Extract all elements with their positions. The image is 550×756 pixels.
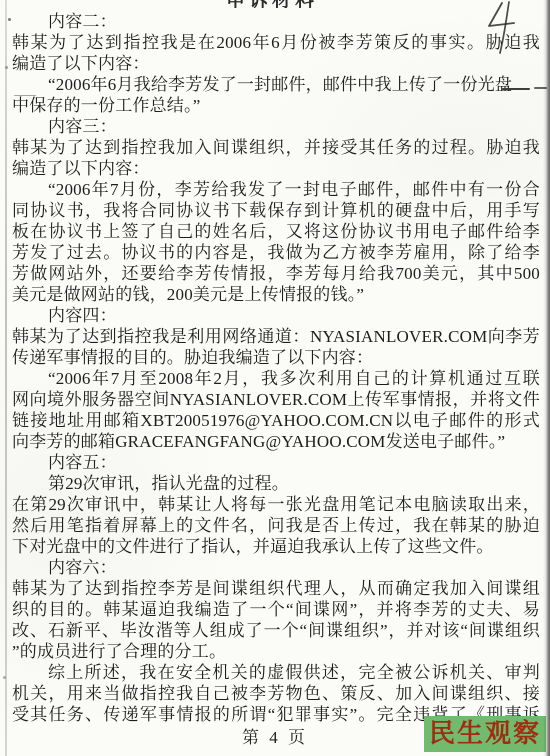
text-line: 改、石新平、毕汝湝等人组成了一个“间谍组织”，并对该“间谍组织	[12, 620, 540, 641]
text-line: “2006年7月至2008年2月，我多次利用自己的计算机通过互联	[12, 368, 540, 389]
document-text-body: 内容二：韩某为了达到指控我是在2006年6月份被李芳策反的事实。胁迫我编造了以下…	[12, 11, 540, 725]
text-line: 编造了以下内容：	[12, 53, 540, 74]
text-line: 第29次审讯，指认光盘的过程。	[12, 473, 540, 494]
left-fold-line	[5, 0, 7, 756]
page-header-title: 申诉材料	[226, 0, 318, 8]
text-line: 同协议书，我将合同协议书下载保存到计算机的硬盘中后，用手写	[12, 200, 540, 221]
text-line: 内容四：	[12, 305, 540, 326]
text-line: 机关，用来当做指控我自己被李芳物色、策反、加入间谍组织、接	[12, 683, 540, 704]
text-line: 向李芳的邮箱GRACEFANGFANG@YAHOO.COM发送电子邮件。”	[12, 431, 540, 452]
text-line: 板在协议书上签了自己的姓名后，又将这份协议书用电子邮件给李	[12, 221, 540, 242]
text-line: 韩某为了达到指控我是在2006年6月份被李芳策反的事实。胁迫我	[12, 32, 540, 53]
text-line: 内容五：	[12, 452, 540, 473]
text-line: 中保存的一份工作总结。”	[12, 95, 540, 116]
scanned-document-page: 申诉材料 内容二：韩某为了达到指控我是在2006年6月份被李芳策反的事实。胁迫我…	[0, 0, 550, 756]
text-line: 下对光盘中的文件进行了指认，并逼迫我承认上传了这些文件。	[12, 536, 540, 557]
text-line: 芳做网站外，还要给李芳传情报，李芳每月给我700美元，其中500	[12, 263, 540, 284]
text-line: 网向境外服务器空间NYASIANLOVER.COM上传军事情报，并将文件	[12, 389, 540, 410]
text-line: 韩某为了达到指控李芳是间谍组织代理人，从而确定我加入间谍组	[12, 578, 540, 599]
text-line: “2006年7月份，李芳给我发了一封电子邮件，邮件中有一份合	[12, 179, 540, 200]
text-line: 编造了以下内容：	[12, 158, 540, 179]
text-line: 综上所述，我在安全机关的虚假供述，完全被公诉机关、审判	[12, 662, 540, 683]
text-line: 然后用笔指着屏幕上的文件名，问我是否上传过，我在韩某的胁迫	[12, 515, 540, 536]
text-line: 韩某为了达到指控我是利用网络通道：NYASIANLOVER.COM向李芳	[12, 326, 540, 347]
text-line: 织的目的。韩某逼迫我编造了一个“间谍网”，并将李芳的丈夫、易	[12, 599, 540, 620]
text-line: 美元是做网站的钱，200美元是上传情报的钱。”	[12, 284, 540, 305]
text-line: ”的成员进行了合理的分工。	[12, 641, 540, 662]
text-line: 链接地址用邮箱XBT20051976@YAHOO.COM.CN以电子邮件的形式	[12, 410, 540, 431]
pen-dash-mark	[502, 88, 530, 90]
text-line: 传递军事情报的目的。胁迫我编造了以下内容：	[12, 347, 540, 368]
text-line: 在第29次审讯中，韩某让人将每一张光盘用笔记本电脑读取出来，	[12, 494, 540, 515]
text-line: 韩某为了达到指控我加入间谍组织，并接受其任务的过程。胁迫我	[12, 137, 540, 158]
scan-speck	[8, 18, 11, 21]
pen-dash-mark	[14, 95, 36, 96]
watermark-stamp: 民生观察	[424, 716, 546, 752]
text-line: “2006年6月我给李芳发了一封邮件，邮件中我上传了一份光盘	[12, 74, 540, 95]
text-line: 内容二：	[12, 11, 540, 32]
text-line: 内容六：	[12, 557, 540, 578]
page-header-cutoff: 申诉材料	[226, 0, 336, 8]
text-line: 内容三：	[12, 116, 540, 137]
text-line: 芳发了过去。协议书的内容是，我做为乙方被李芳雇用，除了给李	[12, 242, 540, 263]
right-edge-shadow	[543, 0, 550, 756]
